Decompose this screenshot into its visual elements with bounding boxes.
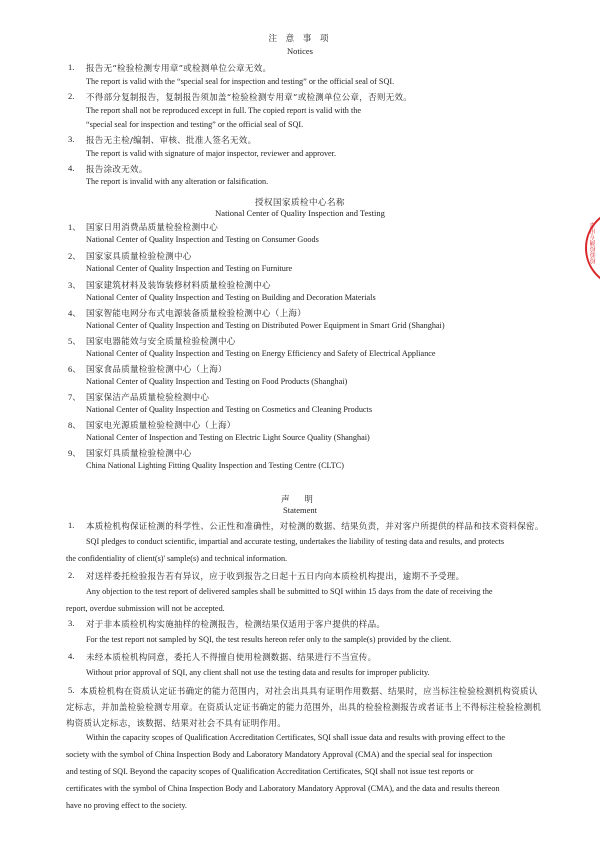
center-4-en: National Center of Quality Inspection an…: [86, 321, 445, 330]
statement-5-cn-line-1: 本质检机构在资质认定证书确定的能力范围内，对社会出具具有证明作用数据、结果时，应…: [80, 685, 538, 697]
statement-5-en-line-2: society with the symbol of China Inspect…: [66, 750, 492, 759]
center-3-en: National Center of Quality Inspection an…: [86, 293, 376, 302]
statement-4-en: Without prior approval of SQI, any clien…: [86, 668, 430, 677]
center-5-en: National Center of Quality Inspection an…: [86, 349, 436, 358]
statement-1-en-line-1: SQI pledges to conduct scientific, impar…: [86, 537, 504, 546]
center-2-en: National Center of Quality Inspection an…: [86, 264, 292, 273]
centers-title-en: National Center of Quality Inspection an…: [0, 208, 600, 218]
statement-5-en-line-3: and testing of SQI. Beyond the capacity …: [66, 767, 473, 776]
center-2-cn: 国家家具质量检验检测中心: [86, 250, 192, 262]
center-1-cn: 国家日用消费品质量检验检测中心: [86, 221, 218, 233]
center-6-number: 6、: [68, 363, 81, 375]
notice-2-number: 2.: [68, 91, 74, 101]
statement-2-number: 2.: [68, 570, 74, 580]
center-7-en: National Center of Quality Inspection an…: [86, 405, 372, 414]
notice-3-en: The report is valid with signature of ma…: [86, 149, 336, 158]
center-8-number: 8、: [68, 419, 81, 431]
notices-title-en: Notices: [0, 46, 600, 56]
center-7-number: 7、: [68, 391, 81, 403]
statement-4-number: 4.: [68, 651, 74, 661]
center-7-cn: 国家保洁产品质量检验检测中心: [86, 391, 209, 403]
notice-1-en: The report is valid with the “special se…: [86, 77, 394, 86]
official-seal-text: 检验检测专用章: [590, 222, 600, 264]
center-8-cn: 国家电光源质量检验检测中心（上海）: [86, 419, 236, 431]
statement-5-en-line-5: have no proving effect to the society.: [66, 801, 187, 810]
notice-3-number: 3.: [68, 134, 74, 144]
notice-4-cn: 报告涂改无效。: [86, 163, 148, 175]
statement-5-en-line-4: certificates with the symbol of China In…: [66, 784, 500, 793]
center-5-number: 5、: [68, 335, 81, 347]
statement-3-number: 3.: [68, 618, 74, 628]
center-5-cn: 国家电器能效与安全质量检验检测中心: [86, 335, 236, 347]
centers-title-cn: 授权国家质检中心名称: [0, 196, 600, 208]
statement-5-cn-line-2: 定标志，并加盖检验检测专用章。在资质认定证书确定的能力范围外，出具的检验检测报告…: [66, 701, 541, 713]
center-9-number: 9、: [68, 447, 81, 459]
statement-5-cn-line-3: 构资质认定标志，该数据、结果对社会不具有证明作用。: [66, 717, 286, 729]
statement-3-cn: 对于非本质检机构实施抽样的检测报告，检测结果仅适用于客户提供的样品。: [86, 618, 385, 630]
notice-1-number: 1.: [68, 62, 74, 72]
statement-2-cn: 对送样委托检验报告若有异议，应于收到报告之日起十五日内向本质检机构提出，逾期不予…: [86, 570, 464, 582]
statement-2-en-line-1: Any objection to the test report of deli…: [86, 587, 493, 596]
statement-1-number: 1.: [68, 520, 74, 530]
center-4-cn: 国家智能电网分布式电源装备质量检验检测中心（上海）: [86, 307, 306, 319]
statement-title-en: Statement: [0, 505, 600, 515]
notice-1-cn: 报告无“检验检测专用章”或检测单位公章无效。: [86, 62, 271, 74]
report-notices-page: 注 意 事 项 Notices 1. 报告无“检验检测专用章”或检测单位公章无效…: [0, 0, 600, 848]
notice-2-en-line-2: “special seal for inspection and testing…: [86, 120, 303, 129]
notice-3-cn: 报告无主检/编制、审核、批准人签名无效。: [86, 134, 256, 146]
center-4-number: 4、: [68, 307, 81, 319]
center-3-number: 3、: [68, 279, 81, 291]
statement-1-en-line-2: the confidentiality of client(s)' sample…: [66, 554, 287, 563]
center-2-number: 2、: [68, 250, 81, 262]
statement-4-cn: 未经本质检机构同意，委托人不得擅自使用检测数据、结果进行不当宣传。: [86, 651, 376, 663]
center-6-en: National Center of Quality Inspection an…: [86, 377, 347, 386]
center-6-cn: 国家食品质量检验检测中心（上海）: [86, 363, 227, 375]
center-9-cn: 国家灯具质量检验检测中心: [86, 447, 192, 459]
statement-5-en-line-1: Within the capacity scopes of Qualificat…: [86, 733, 505, 742]
center-1-number: 1、: [68, 221, 81, 233]
statement-title-cn: 声 明: [0, 493, 600, 505]
notice-4-en: The report is invalid with any alteratio…: [86, 177, 268, 186]
center-8-en: National Center of Inspection and Testin…: [86, 433, 370, 442]
center-9-en: China National Lighting Fitting Quality …: [86, 461, 344, 470]
notice-4-number: 4.: [68, 163, 74, 173]
statement-3-en: For the test report not sampled by SQI, …: [86, 635, 451, 644]
notices-title-cn: 注 意 事 项: [0, 32, 600, 44]
statement-1-cn: 本质检机构保证检测的科学性、公正性和准确性，对检测的数据、结果负责，并对客户所提…: [86, 520, 544, 532]
statement-2-en-line-2: report, overdue submission will not be a…: [66, 604, 225, 613]
statement-5-number: 5.: [68, 685, 74, 695]
center-3-cn: 国家建筑材料及装饰装修材料质量检验检测中心: [86, 279, 271, 291]
notice-2-cn: 不得部分复制报告，复制报告须加盖“检验检测专用章”或检测单位公章，否则无效。: [86, 91, 412, 103]
center-1-en: National Center of Quality Inspection an…: [86, 235, 319, 244]
notice-2-en-line-1: The report shall not be reproduced excep…: [86, 106, 361, 115]
